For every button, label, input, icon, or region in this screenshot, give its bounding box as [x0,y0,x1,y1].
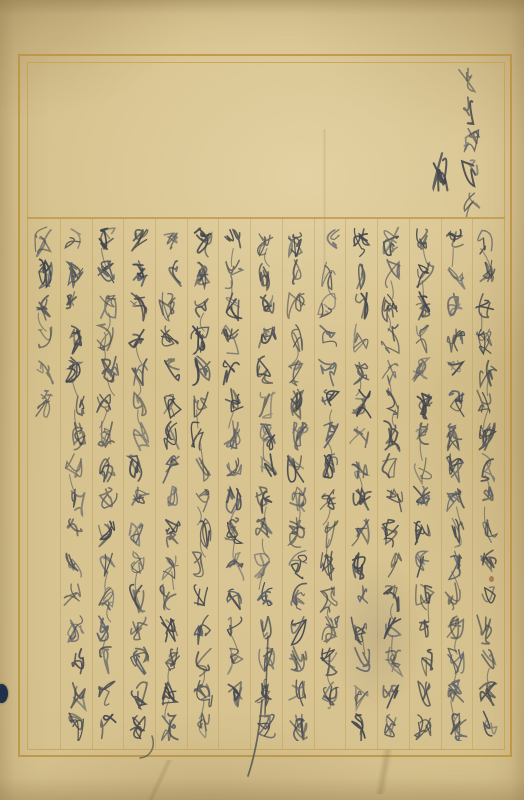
weather-handwriting [425,148,457,194]
handwriting-strokes [92,224,122,741]
date-handwriting [455,62,485,217]
text-area: 咋夜横浜ヨリ帰宅を請候七と云ふ後は教を発揮の樹生を主任りたるもの停車府い私りて海… [28,218,504,749]
handwriting-strokes [441,224,471,741]
text-column: 咋夜横浜ヨリ帰宅を請候七と云ふ後は [472,224,504,741]
date-column: 三月十九日 [455,62,487,217]
text-column: 今日の表情を私自分のあちに先づ大甲 [250,224,282,741]
text-column: 生を逃って表長又因山頃ちい石錫縄螺 [123,224,155,741]
paper-stain [330,556,426,714]
handwriting-strokes [123,224,153,741]
handwriting-strokes [60,224,90,741]
rust-spot [489,576,494,582]
text-column: 教を発揮の樹生を主任りたるもの停車 [441,224,473,741]
handwriting-strokes [155,224,185,741]
diary-page: 三月十九日 晴 咋夜横浜ヨリ帰宅を請候七と云ふ後は教を発揮の樹生を主任りたるもの… [0,0,524,800]
handwriting-strokes [187,224,217,741]
handwriting-strokes [472,224,502,741]
weather-mark: 晴 [425,148,457,194]
paper-crease-bottom [296,750,472,794]
text-column: 熱い著子なかちし流涙とて防妊射を [187,224,219,741]
text-column: から名焼洪、名殖の梅、名永楽年事れ [218,224,250,709]
handwriting-strokes [250,224,280,741]
text-column: 酒酊と酩酊して大分嘔吐し長ありたし [282,224,314,741]
text-column: て表も燦洲は入帝境つ行ふし王島砥兄 [155,224,187,741]
text-column: 労湖乾見られ者もと楊万福花事ら乃あ [60,224,92,741]
text-column: 加へ新化を申す軍支店長仙理坂本氏を [92,224,124,741]
paper-crease-bottom-left [120,760,200,800]
handwriting-strokes [282,224,312,741]
edge-spot [0,684,8,703]
handwriting-strokes [28,224,58,418]
text-column: ゆと書話も、し [28,224,60,418]
handwriting-strokes [218,224,248,709]
